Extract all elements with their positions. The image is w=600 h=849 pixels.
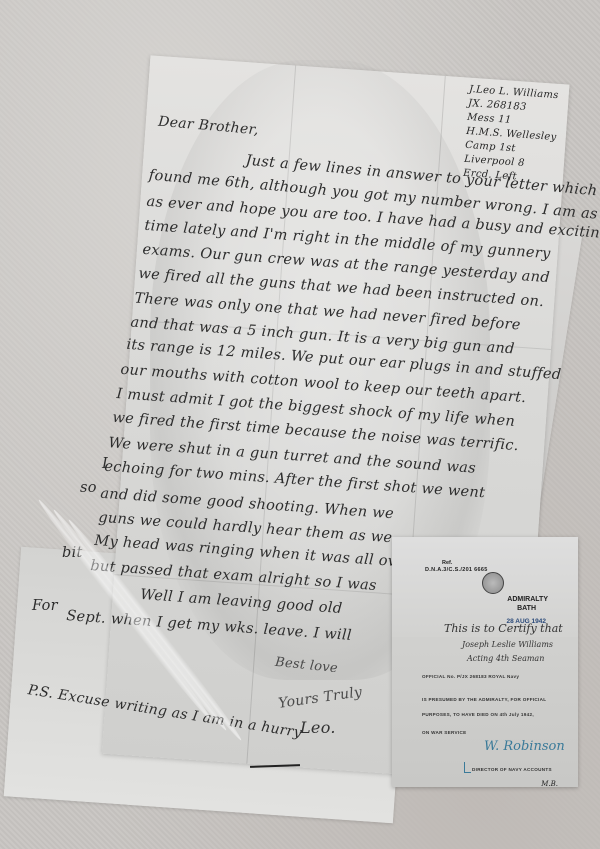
clerk-initials: M.B. bbox=[541, 780, 558, 788]
letter-signature: Leo. bbox=[300, 718, 336, 737]
presumed-line: IS PRESUMED BY THE ADMIRALTY, FOR OFFICI… bbox=[422, 697, 546, 702]
official-number-line: OFFICIAL No. P/JX 268183 ROYAL Navy bbox=[422, 674, 519, 679]
ref-number: D.N.A.3/C.S./201 6665 bbox=[425, 567, 488, 573]
organisation-location: BATH bbox=[517, 605, 536, 612]
war-service-line: ON WAR SERVICE bbox=[422, 730, 466, 735]
ref-label: Ref. bbox=[442, 560, 452, 566]
photo-composite: so been ink very J.Leo L. Williams JX. 2… bbox=[0, 0, 600, 849]
director-signature: W. Robinson bbox=[484, 739, 565, 754]
purposes-line: PURPOSES, TO HAVE DIED ON 4th July 1942, bbox=[422, 712, 534, 717]
margin-fragment: bit bbox=[62, 545, 83, 561]
certificate-heading: This is to Certify that bbox=[444, 622, 563, 635]
sender-address: J.Leo L. Williams JX. 268183 Mess 11 H.M… bbox=[463, 83, 560, 187]
admiralty-certificate: Ref. D.N.A.3/C.S./201 6665 ADMIRALTY BAT… bbox=[392, 537, 578, 787]
margin-fragment: so bbox=[80, 480, 97, 496]
margin-fragment: I bbox=[102, 456, 108, 472]
admiralty-seal-icon bbox=[482, 572, 504, 594]
signatory-title: DIRECTOR OF NAVY ACCOUNTS bbox=[472, 767, 552, 772]
organisation-name: ADMIRALTY bbox=[507, 596, 548, 603]
signature-tick-mark bbox=[464, 762, 471, 773]
person-name: Joseph Leslie Williams bbox=[462, 640, 553, 649]
margin-fragment: For bbox=[32, 598, 58, 614]
person-rating: Acting 4th Seaman bbox=[467, 654, 544, 663]
